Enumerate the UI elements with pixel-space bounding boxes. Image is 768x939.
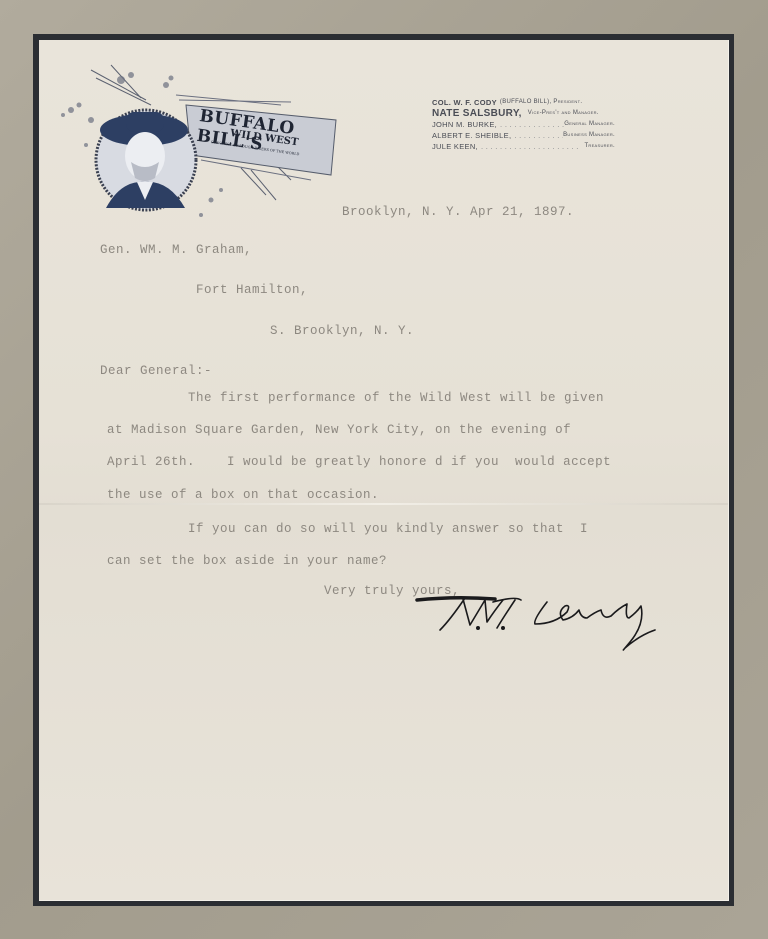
officer-name: NATE SALSBURY, (432, 108, 522, 119)
date-line: Brooklyn, N. Y. Apr 21, 1897. (342, 205, 574, 219)
officer-name: COL. W. F. CODY (432, 97, 497, 108)
body-line: The first performance of the Wild West w… (188, 391, 604, 405)
officer-row: JOHN M. BURKE, . . . . . . . . . . . . .… (432, 119, 615, 130)
officer-role: Business Manager. (563, 130, 615, 141)
officer-row: JULE KEEN, . . . . . . . . . . . . . . .… (432, 141, 615, 152)
letterhead-logo: BUFFALO BILL'S WILD WEST CONGRESS OF ROU… (51, 50, 351, 230)
body-line: April 26th. I would be greatly honore d … (107, 455, 611, 469)
officer-name: JULE KEEN, (432, 141, 478, 152)
body-line: If you can do so will you kindly answer … (188, 522, 588, 536)
officer-role: (BUFFALO BILL), President. (500, 97, 582, 108)
leader-dots: . . . . . . . . . . . . . . . . (497, 119, 564, 130)
recipient-name: Gen. WM. M. Graham, (100, 243, 252, 257)
paper-fold (39, 503, 728, 505)
officer-role: Vice-Pres't and Manager. (528, 108, 599, 119)
recipient-location: Fort Hamilton, (196, 283, 308, 297)
officer-role: General Manager. (564, 119, 615, 130)
leader-dots: . . . . . . . . . . . . . . (511, 130, 563, 141)
salutation: Dear General:- (100, 364, 212, 378)
officer-name: JOHN M. BURKE, (432, 119, 497, 130)
officer-row: ALBERT E. SHEIBLE, . . . . . . . . . . .… (432, 130, 615, 141)
recipient-city: S. Brooklyn, N. Y. (270, 324, 414, 338)
body-line: the use of a box on that occasion. (107, 488, 379, 502)
officer-name: ALBERT E. SHEIBLE, (432, 130, 511, 141)
body-line: at Madison Square Garden, New York City,… (107, 423, 571, 437)
officer-row: NATE SALSBURY, Vice-Pres't and Manager. (432, 108, 618, 119)
body-line: can set the box aside in your name? (107, 554, 387, 568)
signature: W. F. Cody (415, 590, 675, 660)
officer-role: Treasurer. (584, 141, 615, 152)
officer-row: COL. W. F. CODY (BUFFALO BILL), Presiden… (432, 97, 618, 108)
leader-dots: . . . . . . . . . . . . . . . . . . . . … (478, 141, 585, 152)
signature-icon (415, 590, 675, 660)
letter-paper: BUFFALO BILL'S WILD WEST CONGRESS OF ROU… (39, 40, 729, 901)
officers-list: COL. W. F. CODY (BUFFALO BILL), Presiden… (432, 97, 618, 152)
